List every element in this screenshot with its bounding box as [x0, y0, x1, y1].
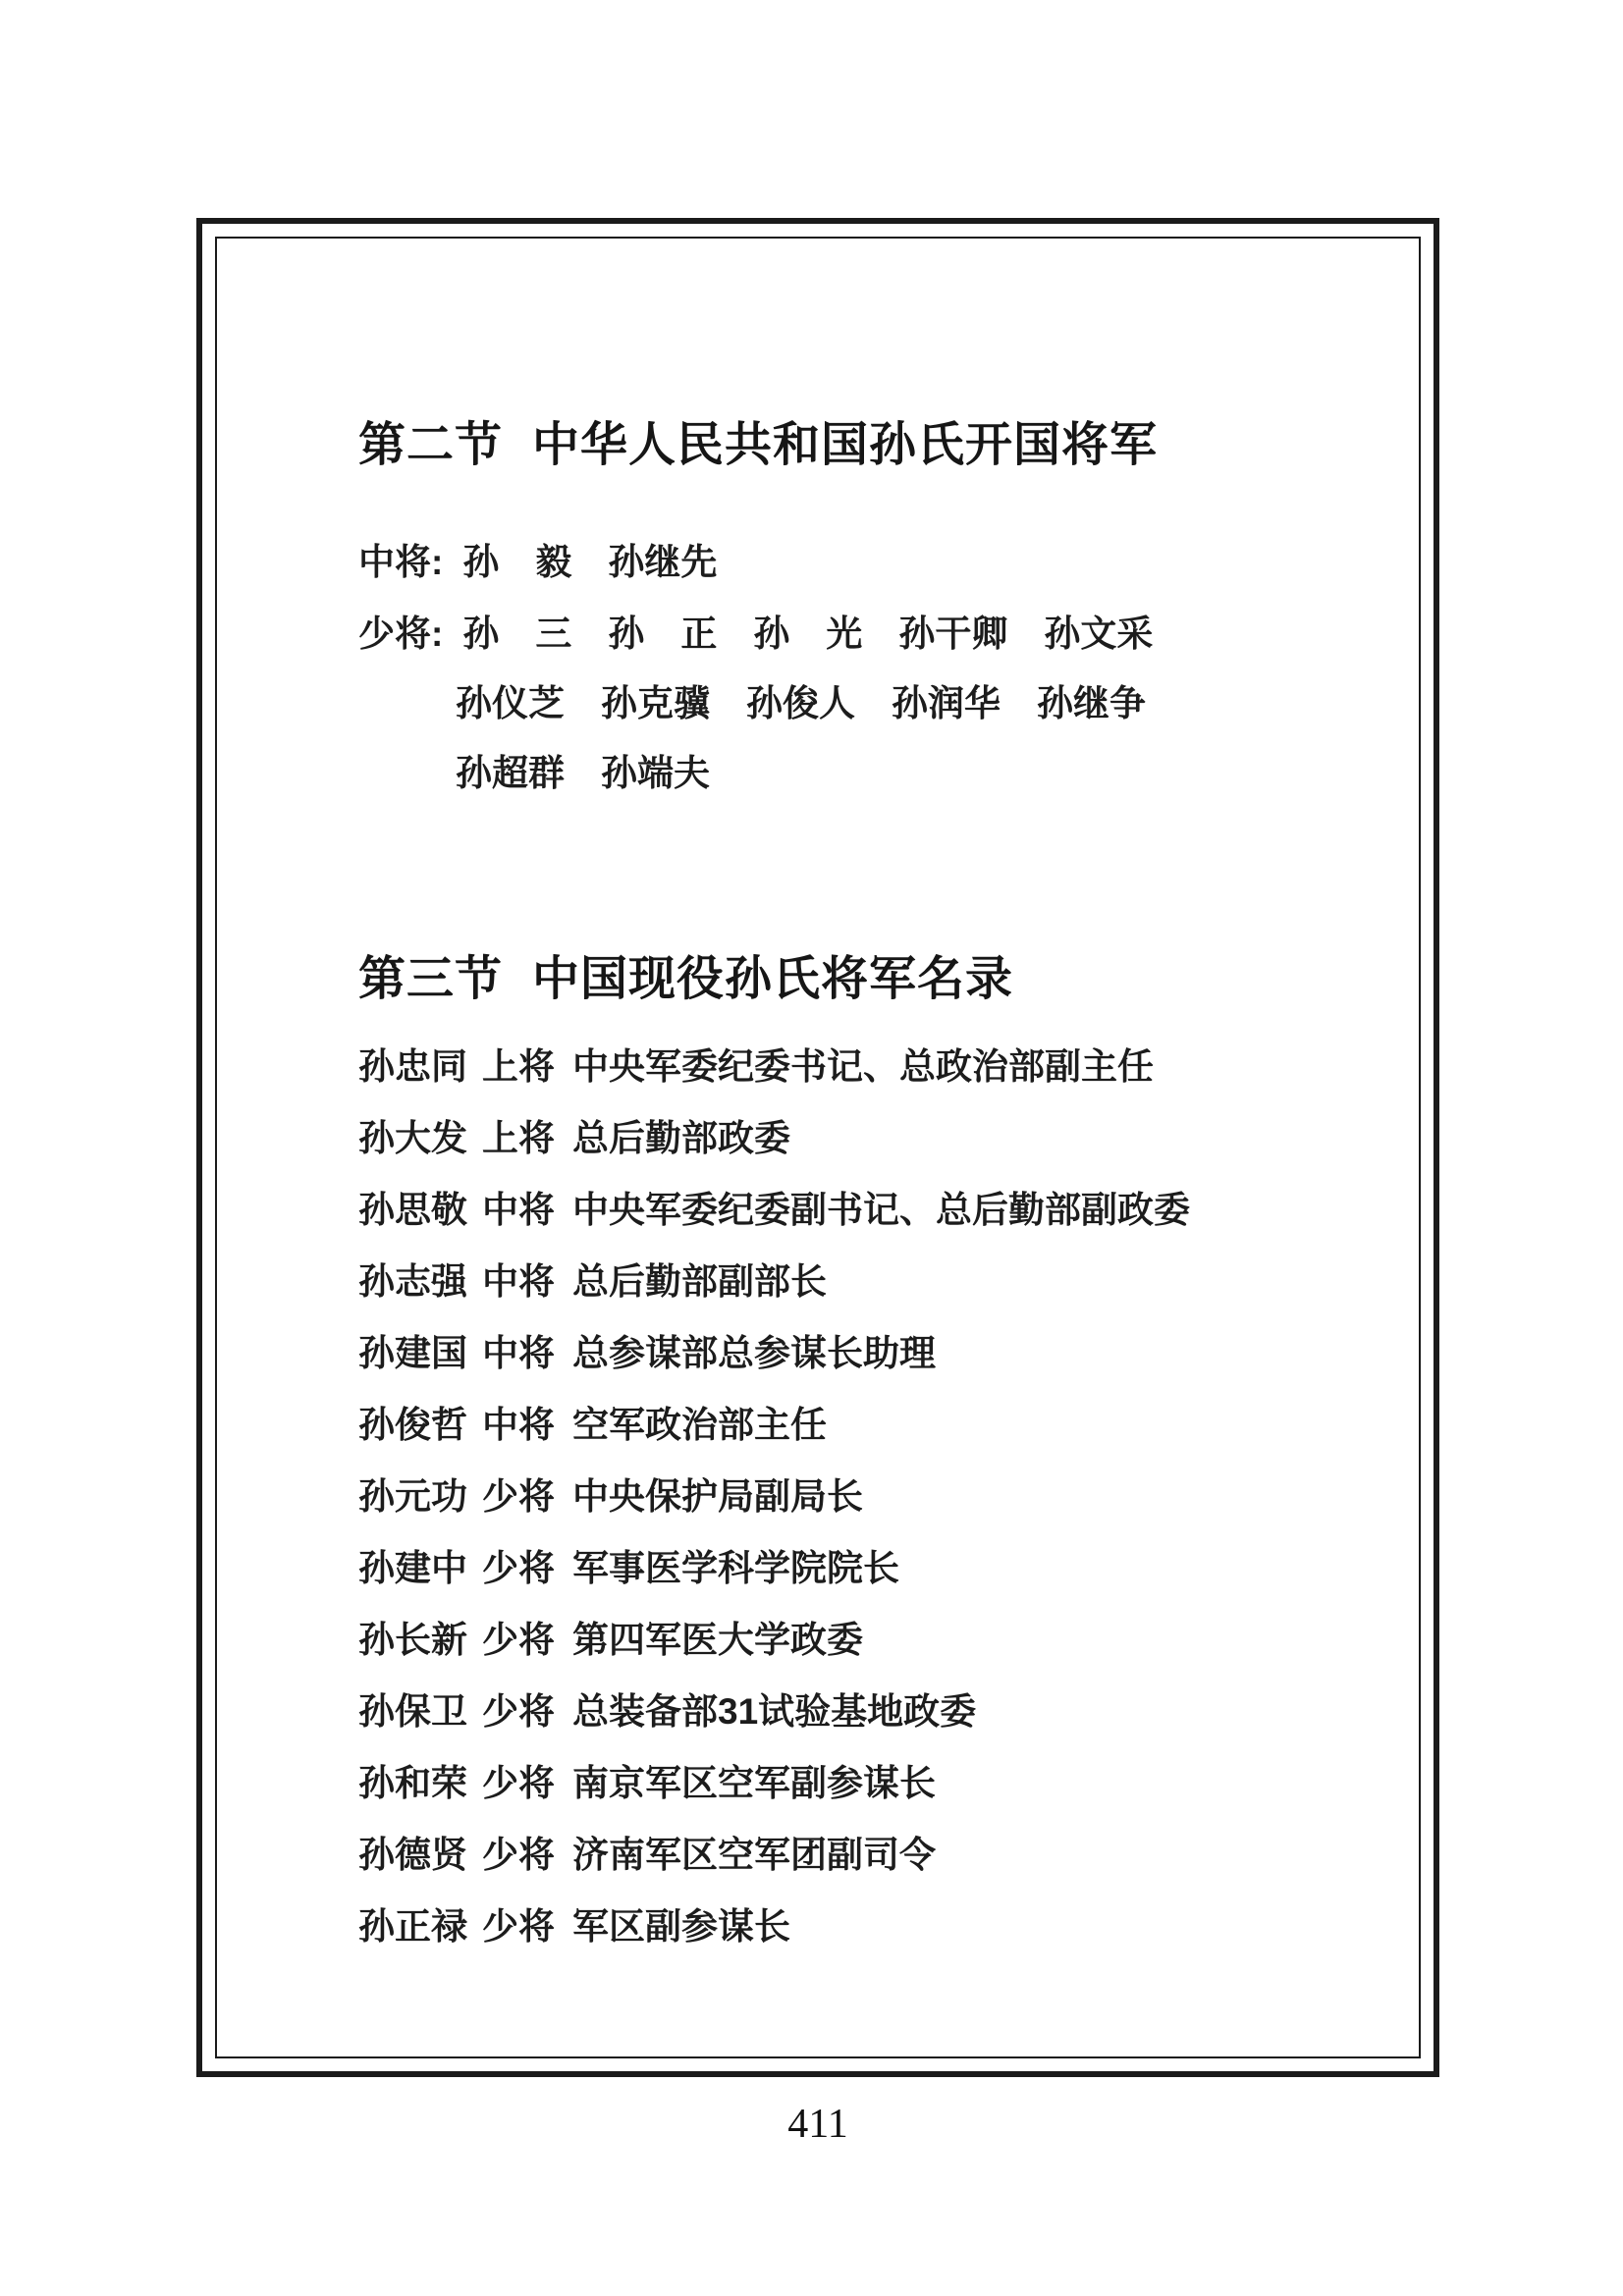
entry-position: 总后勤部政委 [572, 1118, 790, 1160]
entry-name: 孙正禄 [358, 1906, 467, 1949]
rank-names: 孙 三 孙 正 孙 光 孙干卿 孙文采 [462, 614, 1153, 654]
entry-rank: 少将 [482, 1476, 555, 1519]
entry-position: 南京军区空军副参谋长 [572, 1763, 936, 1805]
entry-rank: 中将 [482, 1261, 555, 1304]
rank-label: 少将: [358, 614, 443, 654]
section2-title-label: 第二节 [358, 419, 503, 471]
section3-title: 第三节中国现役孙氏将军名录 [358, 954, 1013, 1006]
entry-rank: 上将 [482, 1046, 555, 1089]
entry-position: 总装备部31试验基地政委 [572, 1691, 976, 1734]
entry-position: 中央军委纪委书记、总政治部副主任 [572, 1046, 1154, 1089]
general-entry: 孙德贤少将济南军区空军团副司令 [358, 1835, 936, 1877]
entry-name: 孙俊哲 [358, 1405, 467, 1447]
entry-rank: 少将 [482, 1906, 555, 1949]
entry-position: 空军政治部主任 [572, 1405, 827, 1447]
entry-name: 孙忠同 [358, 1046, 467, 1089]
entry-name: 孙志强 [358, 1261, 467, 1304]
general-entry: 孙正禄少将军区副参谋长 [358, 1906, 790, 1949]
entry-rank: 中将 [482, 1333, 555, 1375]
general-entry: 孙忠同上将中央军委纪委书记、总政治部副主任 [358, 1046, 1154, 1089]
entry-rank: 中将 [482, 1405, 555, 1447]
section2-title: 第二节中华人民共和国孙氏开国将军 [358, 420, 1158, 472]
general-entry: 孙长新少将第四军医大学政委 [358, 1620, 863, 1662]
rank-line-zhongjiang: 中将:孙 毅 孙继先 [358, 542, 717, 584]
entry-rank: 中将 [482, 1190, 555, 1232]
entry-position: 济南军区空军团副司令 [572, 1835, 936, 1877]
entry-position: 军事医学科学院院长 [572, 1548, 899, 1590]
entry-position: 中央保护局副局长 [572, 1476, 863, 1519]
rank-line-shaojiang: 少将:孙 三 孙 正 孙 光 孙干卿 孙文采 [358, 614, 1153, 656]
entry-name: 孙长新 [358, 1620, 467, 1662]
entry-name: 孙保卫 [358, 1691, 467, 1734]
entry-name: 孙大发 [358, 1118, 467, 1160]
entry-rank: 少将 [482, 1548, 555, 1590]
entry-rank: 上将 [482, 1118, 555, 1160]
general-entry: 孙和荣少将南京军区空军副参谋长 [358, 1763, 936, 1805]
general-entry: 孙志强中将总后勤部副部长 [358, 1261, 827, 1304]
general-entry: 孙建国中将总参谋部总参谋长助理 [358, 1333, 936, 1375]
entry-name: 孙和荣 [358, 1763, 467, 1805]
rank-names-continuation: 孙仪芝 孙克骥 孙俊人 孙润华 孙继争 [456, 683, 1146, 725]
general-entry: 孙俊哲中将空军政治部主任 [358, 1405, 827, 1447]
entry-rank: 少将 [482, 1763, 555, 1805]
general-entry: 孙元功少将中央保护局副局长 [358, 1476, 863, 1519]
entry-position: 总参谋部总参谋长助理 [572, 1333, 936, 1375]
general-entry: 孙思敬中将中央军委纪委副书记、总后勤部副政委 [358, 1190, 1190, 1232]
page-number: 411 [196, 2101, 1439, 2148]
general-entry: 孙大发上将总后勤部政委 [358, 1118, 790, 1160]
entry-position: 军区副参谋长 [572, 1906, 790, 1949]
rank-names: 孙 毅 孙继先 [462, 542, 717, 582]
section2-title-text: 中华人民共和国孙氏开国将军 [532, 419, 1158, 471]
entry-rank: 少将 [482, 1620, 555, 1662]
section3-title-text: 中国现役孙氏将军名录 [532, 953, 1013, 1005]
entry-name: 孙建国 [358, 1333, 467, 1375]
section3-title-label: 第三节 [358, 953, 503, 1005]
entry-name: 孙元功 [358, 1476, 467, 1519]
entry-position: 中央军委纪委副书记、总后勤部副政委 [572, 1190, 1190, 1232]
entry-position: 第四军医大学政委 [572, 1620, 863, 1662]
entry-position: 总后勤部副部长 [572, 1261, 827, 1304]
entry-name: 孙思敬 [358, 1190, 467, 1232]
rank-label: 中将: [358, 542, 443, 582]
general-entry: 孙保卫少将总装备部31试验基地政委 [358, 1691, 976, 1734]
entry-name: 孙建中 [358, 1548, 467, 1590]
entry-rank: 少将 [482, 1691, 555, 1734]
entry-rank: 少将 [482, 1835, 555, 1877]
rank-names-continuation: 孙超群 孙端夫 [456, 753, 710, 795]
general-entry: 孙建中少将军事医学科学院院长 [358, 1548, 899, 1590]
entry-name: 孙德贤 [358, 1835, 467, 1877]
